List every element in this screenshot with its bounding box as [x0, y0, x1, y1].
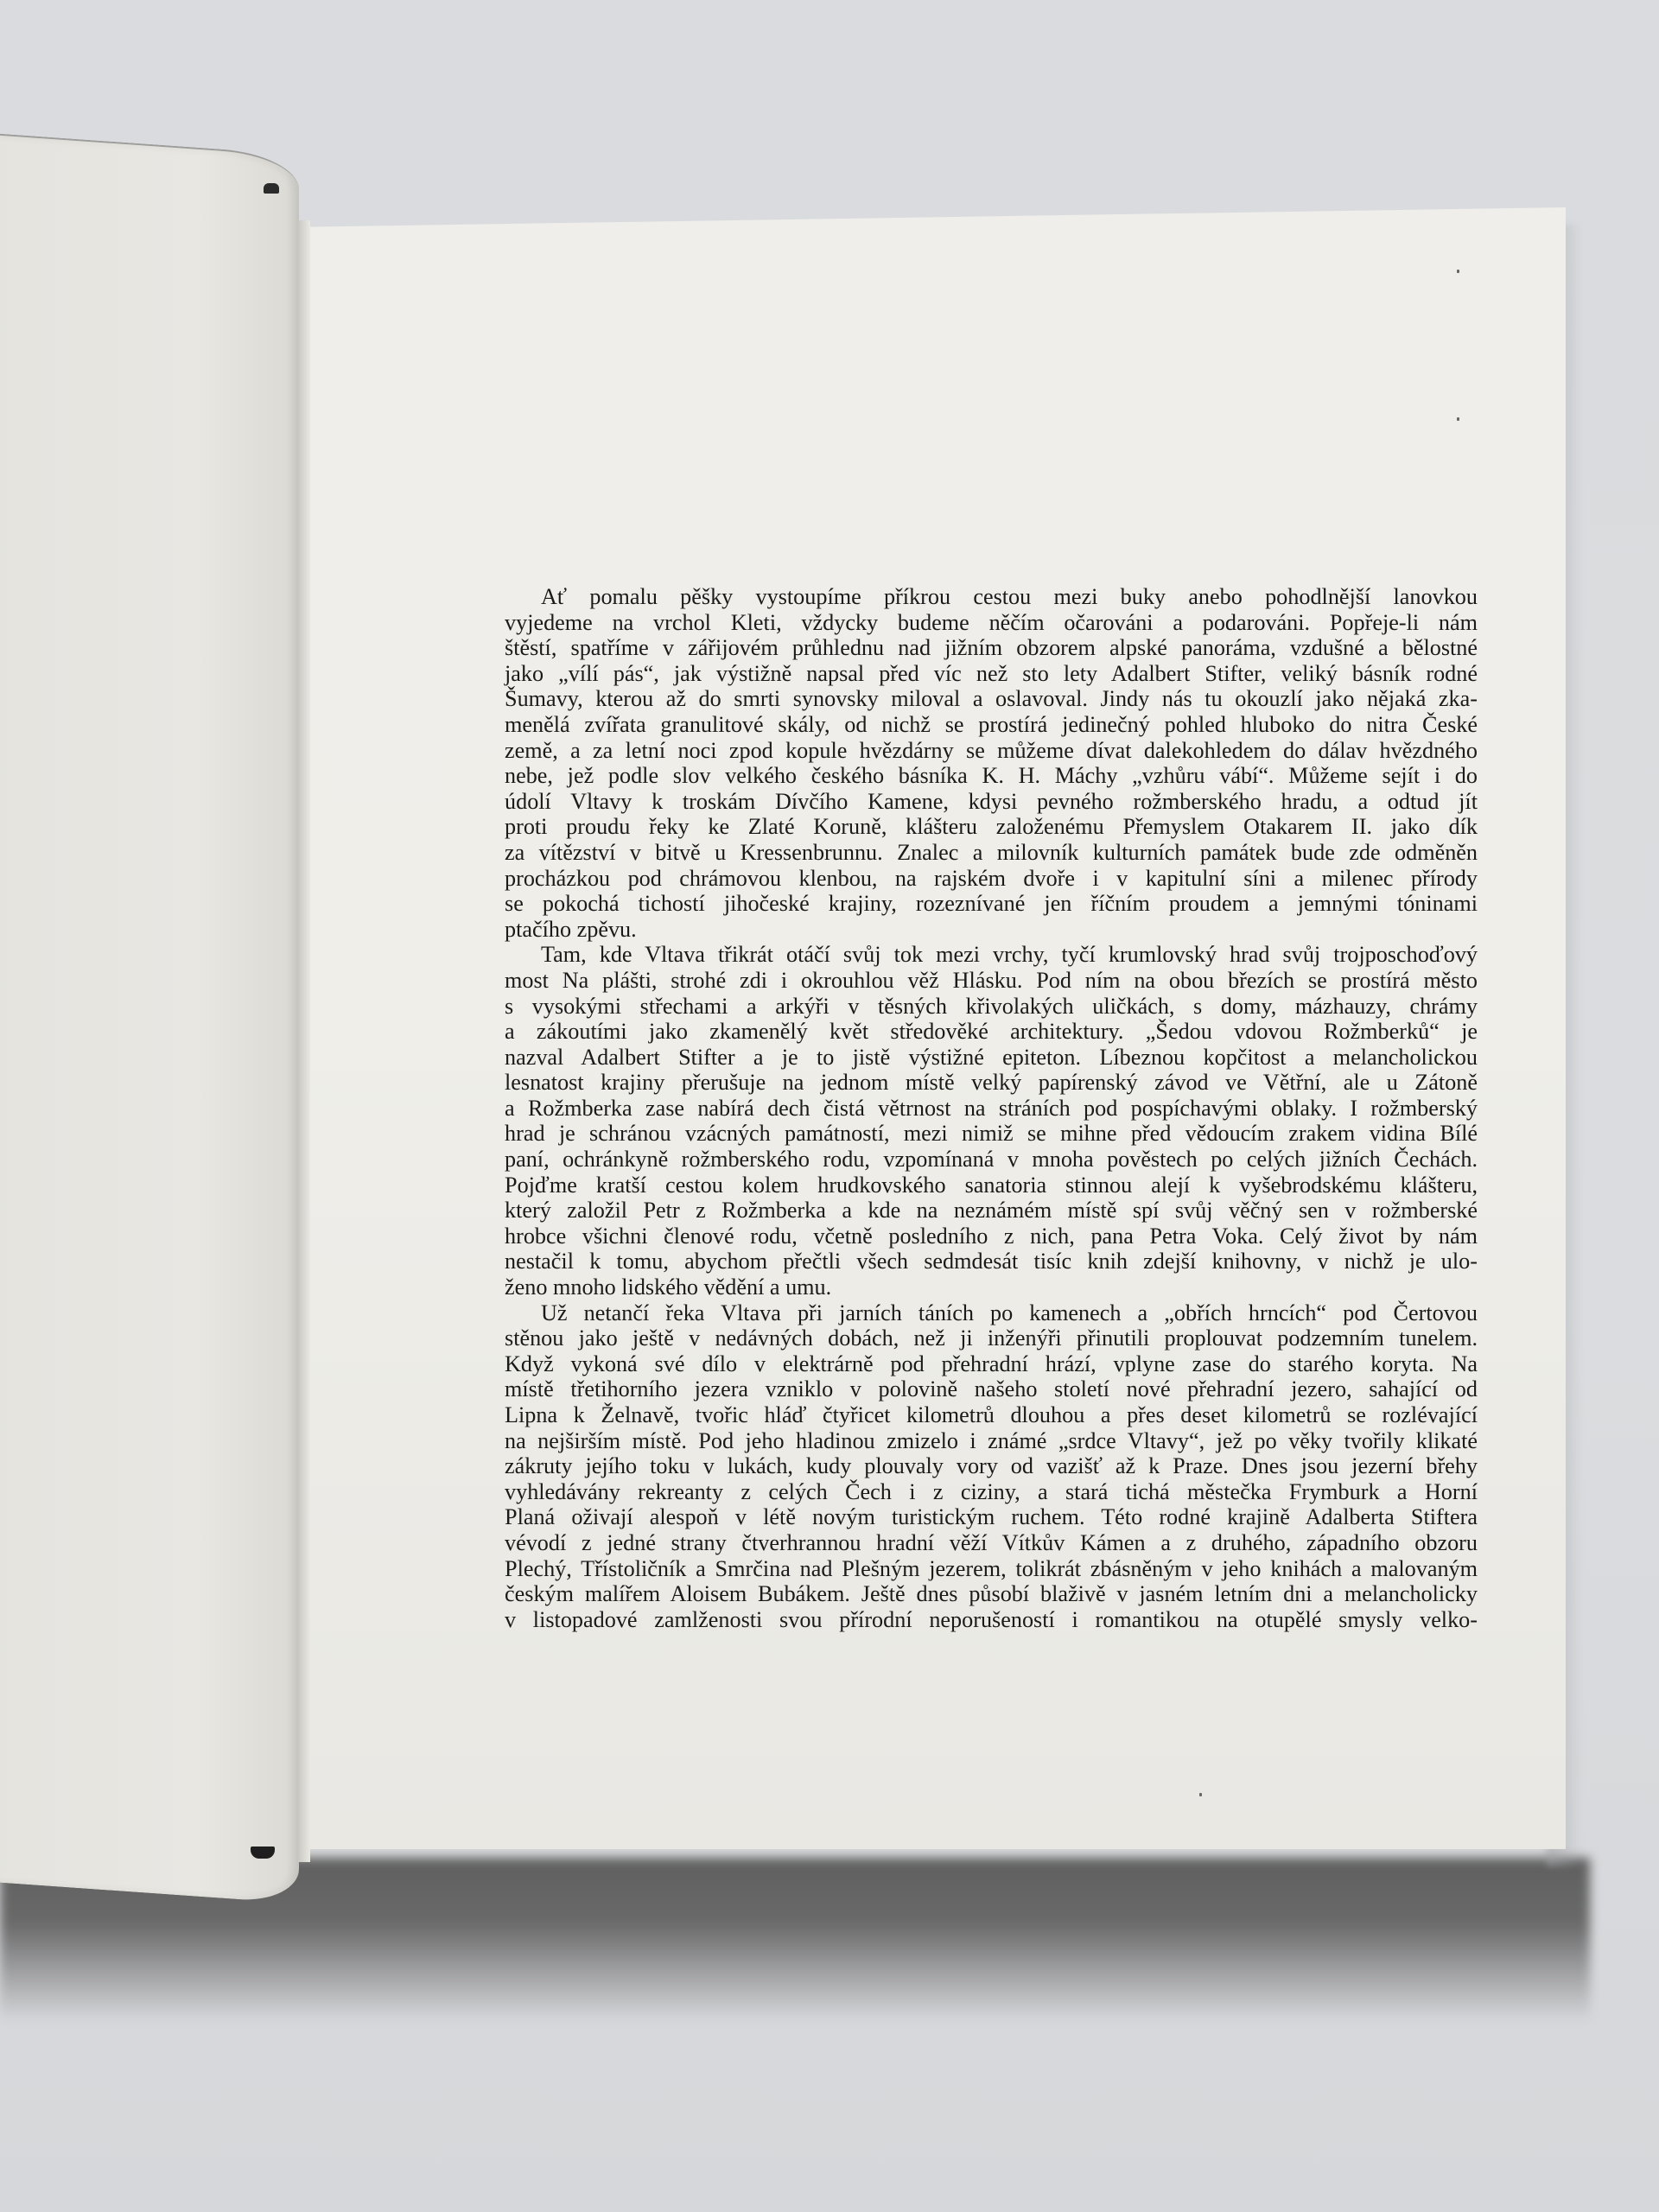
- text-line: nebe, jež podle slov velkého českého bás…: [505, 763, 1478, 789]
- text-line: Šumavy, kterou až do smrti synovsky milo…: [505, 686, 1478, 712]
- left-page: [0, 131, 299, 1904]
- text-line: na nejširším místě. Pod jeho hladinou zm…: [505, 1428, 1478, 1454]
- text-line: s vysokými střechami a arkýři v těsných …: [505, 994, 1478, 1020]
- paragraph-1: Ať pomalu pěšky vystoupíme příkrou cesto…: [505, 584, 1478, 942]
- text-line: země, a za letní noci zpod kopule hvězdá…: [505, 738, 1478, 764]
- text-line: lesnatost krajiny přerušuje na jednom mí…: [505, 1070, 1478, 1096]
- text-line: most Na plášti, strohé zdi i okrouhlou v…: [505, 968, 1478, 994]
- text-line: nestačil k tomu, abychom přečtli všech s…: [505, 1249, 1478, 1274]
- text-line: Planá oživají alespoň v létě novým turis…: [505, 1504, 1478, 1530]
- text-line: v listopadové zamlženosti svou přírodní …: [505, 1607, 1478, 1633]
- text-line: českým malířem Aloisem Bubákem. Ještě dn…: [505, 1581, 1478, 1607]
- text-line: hrad je schránou vzácných památností, me…: [505, 1121, 1478, 1147]
- text-line: procházkou pod chrámovou klenbou, na raj…: [505, 866, 1478, 892]
- paper-speck: [1199, 1793, 1202, 1796]
- text-line: vévodí z jedné strany čtverhrannou hradn…: [505, 1530, 1478, 1556]
- text-line: a Rožmberka zase nabírá dech čistá větrn…: [505, 1096, 1478, 1122]
- paper-speck: [1457, 417, 1459, 421]
- text-line: za vítězství v bitvě u Kressenbrunnu. Zn…: [505, 840, 1478, 866]
- body-text: Ať pomalu pěšky vystoupíme příkrou cesto…: [505, 584, 1478, 1632]
- book-gutter: [298, 220, 310, 1862]
- text-line: Pojďme kratší cestou kolem hrudkovského …: [505, 1173, 1478, 1198]
- text-line: ptačího zpěvu.: [505, 917, 1478, 943]
- text-line: který založil Petr z Rožmberka a kde na …: [505, 1198, 1478, 1224]
- text-line: Tam, kde Vltava třikrát otáčí svůj tok m…: [505, 942, 1478, 968]
- text-line: vyjedeme na vrchol Kleti, vždycky budeme…: [505, 610, 1478, 636]
- text-line: údolí Vltavy k troskám Dívčího Kamene, k…: [505, 789, 1478, 815]
- text-line: hrobce všichni členové rodu, včetně posl…: [505, 1224, 1478, 1249]
- text-line: Už netančí řeka Vltava při jarních táníc…: [505, 1300, 1478, 1326]
- text-line: a zákoutími jako zkamenělý květ středově…: [505, 1019, 1478, 1045]
- text-line: vyhledávány rekreanty z celých Čech i z …: [505, 1479, 1478, 1505]
- text-line: Když vykoná své dílo v elektrárně pod př…: [505, 1351, 1478, 1377]
- text-line: Ať pomalu pěšky vystoupíme příkrou cesto…: [505, 584, 1478, 610]
- text-line: menělá zvířata granulitové skály, od nic…: [505, 712, 1478, 738]
- text-line: stěnou jako ještě v nedávných dobách, ne…: [505, 1325, 1478, 1351]
- text-line: proti proudu řeky ke Zlaté Koruně, klášt…: [505, 814, 1478, 840]
- text-line: zákruty jejího toku v lukách, kudy plouv…: [505, 1453, 1478, 1479]
- paragraph-3: Už netančí řeka Vltava při jarních táníc…: [505, 1300, 1478, 1633]
- text-line: štěstí, spatříme v zářijovém průhlednu n…: [505, 635, 1478, 661]
- paper-speck: [1457, 270, 1459, 273]
- text-line: místě třetihorního jezera vzniklo v polo…: [505, 1376, 1478, 1402]
- text-line: Plechý, Třístoličník a Smrčina nad Plešn…: [505, 1556, 1478, 1582]
- text-line: jako „vílí pás“, jak výstižně napsal pře…: [505, 661, 1478, 687]
- text-line: nazval Adalbert Stifter a je to jistě vý…: [505, 1045, 1478, 1071]
- text-line: Lipna k Želnavě, tvořic hláď čtyřicet ki…: [505, 1402, 1478, 1428]
- book-spine-bottom: [251, 1847, 275, 1859]
- paragraph-2: Tam, kde Vltava třikrát otáčí svůj tok m…: [505, 942, 1478, 1300]
- text-line: paní, ochránkyně rožmberského rodu, vzpo…: [505, 1147, 1478, 1173]
- text-line: ženo mnoho lidského vědění a umu.: [505, 1274, 1478, 1300]
- book-spine-top: [264, 183, 279, 194]
- text-line: se pokochá tichostí jihočeské krajiny, r…: [505, 891, 1478, 917]
